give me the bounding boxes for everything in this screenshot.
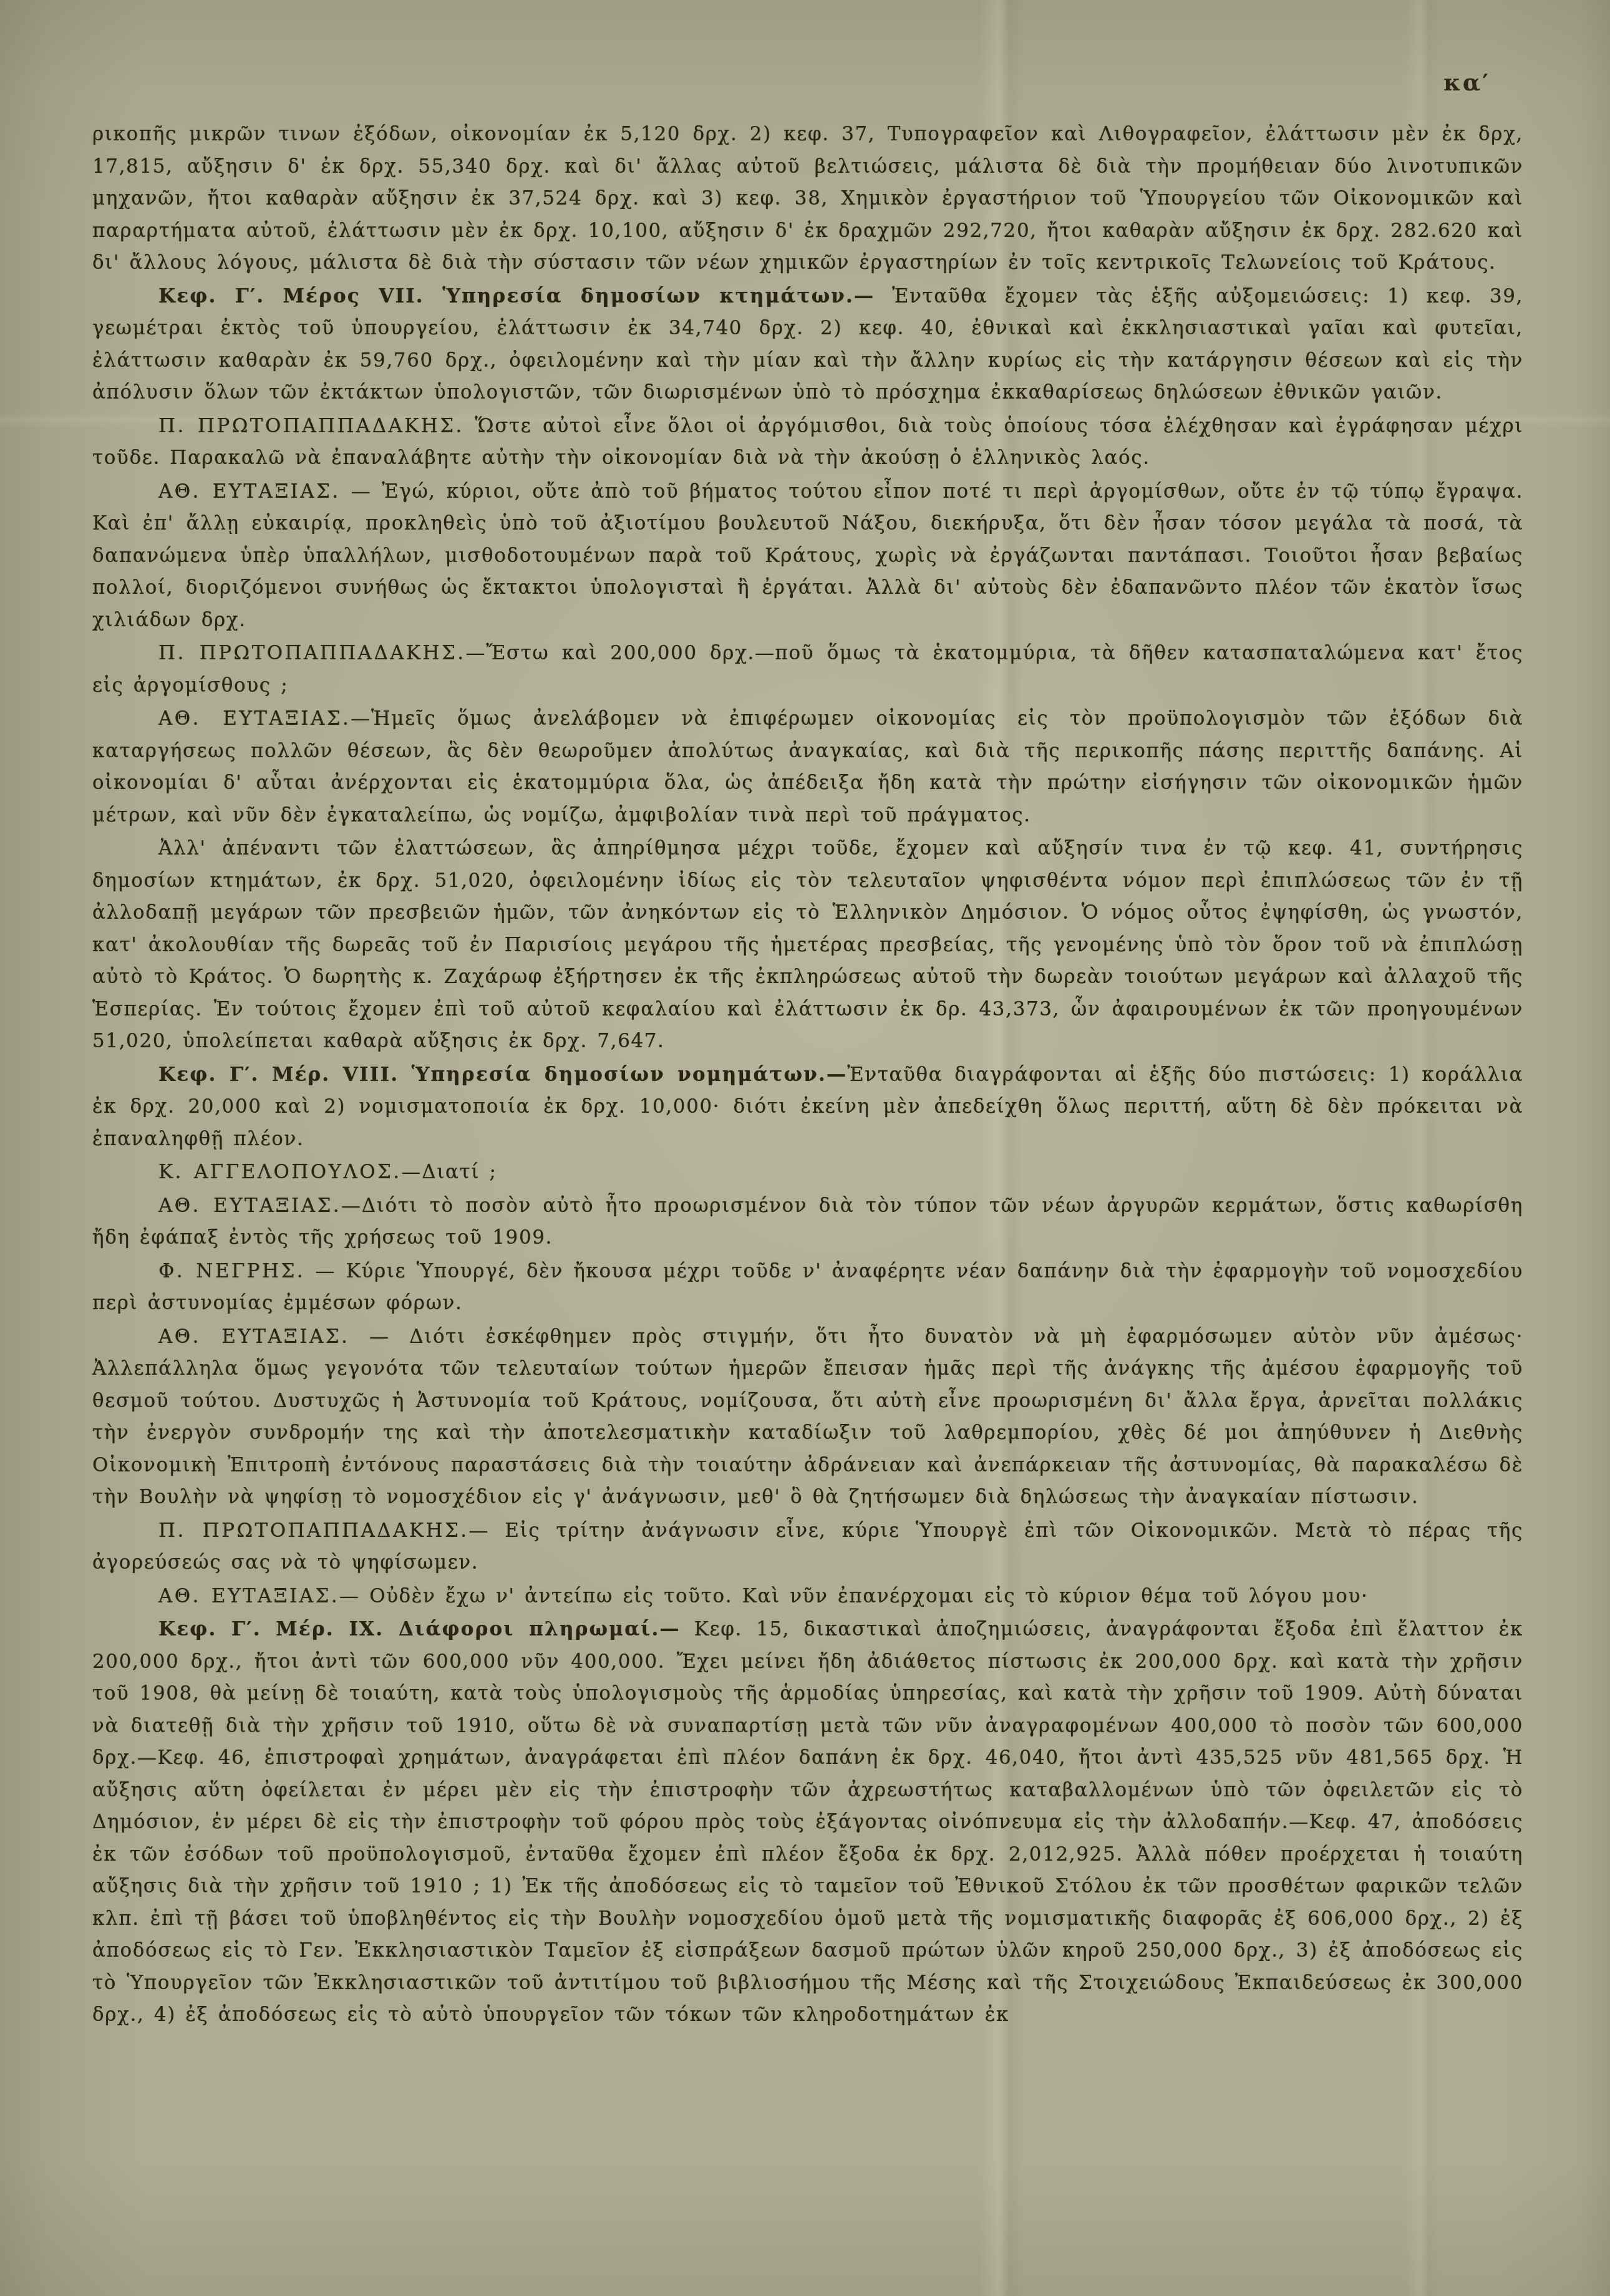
section-heading: Κεφ. Γ′. Μέρ. VIII. Ὑπηρεσία δημοσίων νο… bbox=[158, 1063, 847, 1086]
speaker-name: ΑΘ. ΕΥΤΑΞΙΑΣ. bbox=[158, 707, 351, 730]
body-paragraph: ρικοπῆς μικρῶν τινων ἐξόδων, οἰκονομίαν … bbox=[92, 119, 1523, 279]
speaker-name: ΑΘ. ΕΥΤΑΞΙΑΣ. bbox=[158, 480, 341, 503]
body-paragraph: Ἀλλ' ἀπέναντι τῶν ἐλαττώσεων, ἃς ἀπηρίθμ… bbox=[92, 833, 1523, 1058]
speech-paragraph: Π. ΠΡΩΤΟΠΑΠΠΑΔΑΚΗΣ. Ὥστε αὐτοὶ εἶνε ὅλοι… bbox=[92, 410, 1523, 475]
speaker-name: Φ. ΝΕΓΡΗΣ. bbox=[158, 1260, 305, 1282]
speech-paragraph: Π. ΠΡΩΤΟΠΑΠΠΑΔΑΚΗΣ.— Εἰς τρίτην ἀνάγνωσι… bbox=[92, 1515, 1523, 1579]
speech-paragraph: ΑΘ. ΕΥΤΑΞΙΑΣ. — Ἐγώ, κύριοι, οὔτε ἀπὸ το… bbox=[92, 476, 1523, 637]
speech-paragraph: ΑΘ. ΕΥΤΑΞΙΑΣ. — Διότι ἐσκέφθημεν πρὸς στ… bbox=[92, 1321, 1523, 1514]
scanned-page: { "page": { "folio": "κα′", "paper_color… bbox=[0, 0, 1610, 2296]
speaker-name: Π. ΠΡΩΤΟΠΑΠΠΑΔΑΚΗΣ. bbox=[158, 415, 464, 437]
speaker-name: Π. ΠΡΩΤΟΠΑΠΠΑΔΑΚΗΣ. bbox=[158, 1519, 468, 1542]
section-paragraph: Κεφ. Γ′. Μέρ. IX. Διάφοροι πληρωμαί.— Κε… bbox=[92, 1614, 1523, 2032]
paragraph-text: — Διότι ἐσκέφθημεν πρὸς στιγμήν, ὅτι ἦτο… bbox=[92, 1325, 1523, 1509]
speaker-name: Π. ΠΡΩΤΟΠΑΠΠΑΔΑΚΗΣ. bbox=[158, 642, 466, 664]
speech-paragraph: ΑΘ. ΕΥΤΑΞΙΑΣ.—Ἡμεῖς ὅμως ἀνελάβομεν νὰ ἐ… bbox=[92, 703, 1523, 831]
paragraph-text: Κεφ. 15, δικαστικαὶ ἀποζημιώσεις, ἀναγρά… bbox=[92, 1618, 1523, 2026]
paragraph-text: Ἀλλ' ἀπέναντι τῶν ἐλαττώσεων, ἃς ἀπηρίθμ… bbox=[92, 837, 1523, 1052]
paragraph-text: —Διατί ; bbox=[402, 1161, 497, 1183]
speech-paragraph: Κ. ΑΓΓΕΛΟΠΟΥΛΟΣ.—Διατί ; bbox=[92, 1156, 1523, 1189]
text-block: ρικοπῆς μικρῶν τινων ἐξόδων, οἰκονομίαν … bbox=[92, 119, 1523, 2033]
speech-paragraph: ΑΘ. ΕΥΤΑΞΙΑΣ.—Διότι τὸ ποσὸν αὐτὸ ἦτο πρ… bbox=[92, 1190, 1523, 1254]
speaker-name: ΑΘ. ΕΥΤΑΞΙΑΣ. bbox=[158, 1194, 341, 1217]
paragraph-text: — Οὐδὲν ἔχω ν' ἀντείπω εἰς τοῦτο. Καὶ νῦ… bbox=[339, 1585, 1368, 1607]
page-folio-number: κα′ bbox=[1443, 69, 1490, 96]
speech-paragraph: Φ. ΝΕΓΡΗΣ. — Κύριε Ὑπουργέ, δὲν ἤκουσα μ… bbox=[92, 1256, 1523, 1320]
section-heading: Κεφ. Γ′. Μέρ. IX. Διάφοροι πληρωμαί.— bbox=[158, 1618, 681, 1640]
section-heading: Κεφ. Γ′. Μέρος VII. Ὑπηρεσία δημοσίων κτ… bbox=[158, 285, 875, 308]
section-paragraph: Κεφ. Γ′. Μέρος VII. Ὑπηρεσία δημοσίων κτ… bbox=[92, 281, 1523, 409]
speaker-name: ΑΘ. ΕΥΤΑΞΙΑΣ. bbox=[158, 1325, 349, 1348]
paragraph-text: — Κύριε Ὑπουργέ, δὲν ἤκουσα μέχρι τοῦδε … bbox=[92, 1260, 1523, 1315]
speaker-name: ΑΘ. ΕΥΤΑΞΙΑΣ. bbox=[158, 1585, 339, 1607]
speech-paragraph: Π. ΠΡΩΤΟΠΑΠΠΑΔΑΚΗΣ.—Ἔστω καὶ 200,000 δρχ… bbox=[92, 637, 1523, 702]
section-paragraph: Κεφ. Γ′. Μέρ. VIII. Ὑπηρεσία δημοσίων νο… bbox=[92, 1059, 1523, 1156]
paragraph-text: ρικοπῆς μικρῶν τινων ἐξόδων, οἰκονομίαν … bbox=[92, 123, 1523, 274]
speech-paragraph: ΑΘ. ΕΥΤΑΞΙΑΣ.— Οὐδὲν ἔχω ν' ἀντείπω εἰς … bbox=[92, 1581, 1523, 1613]
speaker-name: Κ. ΑΓΓΕΛΟΠΟΥΛΟΣ. bbox=[158, 1161, 402, 1183]
